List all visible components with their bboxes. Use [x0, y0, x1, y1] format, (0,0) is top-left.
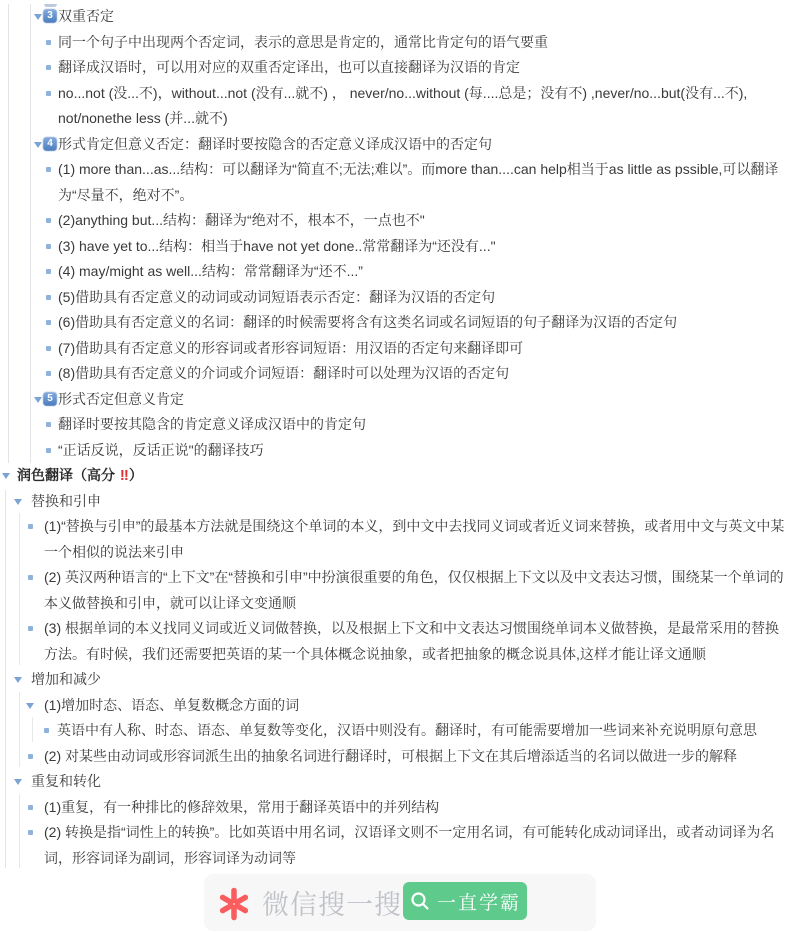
outline-row[interactable]: (6)借助具有否定意义的名词：翻译的时候需要将含有这类名词或名词短语的句子翻译为… [0, 310, 800, 336]
node-text[interactable]: (3) 根据单词的本义找同义词或近义词做替换，以及根据上下文和中文表达习惯围绕单… [44, 620, 779, 662]
title-text: ） [129, 467, 143, 483]
bullet-icon [28, 830, 33, 835]
outline-tree-bottom: 润色翻译（高分 !!） 替换和引申 (1)“替换与引申”的最基本方法就是围绕这个… [0, 463, 800, 871]
outline-row[interactable]: 重复和转化 [0, 769, 800, 795]
bullet-icon [46, 91, 51, 96]
wechat-search-watermark: 微信搜一搜 一直学霸 [204, 874, 596, 931]
outline-row[interactable]: (3) have yet to...结构：相当于have not yet don… [0, 234, 800, 260]
outline-row[interactable]: 同一个句子中出现两个否定词，表示的意思是肯定的，通常比肯定句的语气要重 [0, 30, 800, 56]
bullet-icon [46, 65, 51, 70]
outline-row[interactable]: no...not (没...不)，without...not (没有...就不)… [0, 81, 800, 132]
node-text[interactable]: 英语中有人称、时态、语态、单复数等变化，汉语中则没有。翻译时，有可能需要增加一些… [57, 722, 757, 738]
node-text[interactable]: (3) have yet to...结构：相当于have not yet don… [58, 238, 496, 254]
node-text[interactable]: (1)增加时态、语态、单复数概念方面的词 [44, 697, 299, 713]
collapse-toggle-icon[interactable] [34, 397, 42, 403]
outline-row[interactable]: (1)重复，有一种排比的修辞效果，常用于翻译英语中的并列结构 [0, 795, 800, 821]
node-text[interactable]: (1)重复，有一种排比的修辞效果，常用于翻译英语中的并列结构 [44, 799, 439, 815]
collapse-toggle-icon[interactable] [26, 703, 34, 709]
bullet-icon [46, 40, 51, 45]
outline-row[interactable]: 3 双重否定 [0, 4, 800, 30]
outline-row[interactable]: (8)借助具有否定意义的介词或介词短语：翻译时可以处理为汉语的否定句 [0, 361, 800, 387]
node-text[interactable]: “正话反说，反话正说"的翻译技巧 [58, 442, 264, 458]
node-text[interactable]: 增加和减少 [31, 671, 101, 687]
keycap-badge-icon: 3 [43, 9, 57, 23]
keycap-badge-icon: 4 [43, 137, 57, 151]
outline-row[interactable]: 替换和引申 [0, 489, 800, 515]
outline-row[interactable]: (3) 根据单词的本义找同义词或近义词做替换，以及根据上下文和中文表达习惯围绕单… [0, 616, 800, 667]
outline-row[interactable]: (2)anything but...结构：翻译为“绝对不，根本不，一点也不" [0, 208, 800, 234]
node-text[interactable]: (8)借助具有否定意义的介词或介词短语：翻译时可以处理为汉语的否定句 [58, 365, 509, 381]
outline-row[interactable]: 翻译成汉语时，可以用对应的双重否定译出，也可以直接翻译为汉语的肯定 [0, 55, 800, 81]
node-text[interactable]: (2)anything but...结构：翻译为“绝对不，根本不，一点也不" [58, 212, 425, 228]
node-text[interactable]: 翻译成汉语时，可以用对应的双重否定译出，也可以直接翻译为汉语的肯定 [58, 59, 520, 75]
bullet-icon [44, 728, 49, 733]
node-text[interactable]: (4) may/might as well...结构：常常翻译为“还不...” [58, 263, 363, 279]
bullet-icon [46, 167, 51, 172]
node-text[interactable]: 双重否定 [58, 8, 114, 24]
bullet-icon [46, 346, 51, 351]
collapse-toggle-icon[interactable] [14, 779, 22, 785]
node-text[interactable]: (6)借助具有否定意义的名词：翻译的时候需要将含有这类名词或名词短语的句子翻译为… [58, 314, 677, 330]
bullet-icon [46, 422, 51, 427]
outline-tree-top: 3 双重否定 同一个句子中出现两个否定词，表示的意思是肯定的，通常比肯定句的语气… [0, 4, 800, 463]
node-text[interactable]: (7)借助具有否定意义的形容词或者形容词短语：用汉语的否定句来翻译即可 [58, 340, 523, 356]
outline-row[interactable]: (7)借助具有否定意义的形容词或者形容词短语：用汉语的否定句来翻译即可 [0, 336, 800, 362]
node-text[interactable]: (5)借助具有否定意义的动词或动词短语表示否定：翻译为汉语的否定句 [58, 289, 495, 305]
outline-row[interactable]: (1)增加时态、语态、单复数概念方面的词 [0, 693, 800, 719]
bullet-icon [28, 626, 33, 631]
bullet-icon [28, 575, 33, 580]
node-text[interactable]: 替换和引申 [31, 493, 101, 509]
collapse-toggle-icon[interactable] [34, 14, 42, 20]
outline-row[interactable]: “正话反说，反话正说"的翻译技巧 [0, 438, 800, 464]
outline-row[interactable]: 英语中有人称、时态、语态、单复数等变化，汉语中则没有。翻译时，有可能需要增加一些… [0, 718, 800, 744]
node-text[interactable]: (2) 英汉两种语言的“上下文”在“替换和引申”中扮演很重要的角色，仅仅根据上下… [44, 569, 784, 611]
outline-row[interactable]: (2) 对某些由动词或形容词派生出的抽象名词进行翻译时，可根据上下文在其后增添适… [0, 744, 800, 770]
outline-row[interactable]: (1) more than...as...结构：可以翻译为“简直不;无法;难以”… [0, 157, 800, 208]
bullet-icon [46, 269, 51, 274]
bullet-icon [46, 295, 51, 300]
outline-row[interactable]: 5 形式否定但意义肯定 [0, 387, 800, 413]
bullet-icon [46, 244, 51, 249]
search-icon [409, 890, 431, 912]
collapse-toggle-icon[interactable] [14, 677, 22, 683]
bullet-icon [28, 805, 33, 810]
node-text[interactable]: (1)“替换与引申”的最基本方法就是围绕这个单词的本义，到中文中去找同义词或者近… [44, 518, 784, 560]
collapse-toggle-icon[interactable] [14, 499, 22, 505]
wechat-search-logo-icon [214, 882, 254, 924]
bullet-icon [46, 320, 51, 325]
node-text[interactable]: 同一个句子中出现两个否定词，表示的意思是肯定的，通常比肯定句的语气要重 [58, 34, 548, 50]
node-text[interactable]: (1) more than...as...结构：可以翻译为“简直不;无法;难以”… [58, 161, 778, 203]
bullet-icon [46, 218, 51, 223]
outline-row[interactable]: 4 形式肯定但意义否定：翻译时要按隐含的否定意义译成汉语中的否定句 [0, 132, 800, 158]
keycap-badge-icon: 5 [43, 392, 57, 406]
collapse-toggle-icon[interactable] [2, 473, 10, 479]
title-text: 润色翻译（高分 [17, 467, 119, 483]
outline-row[interactable]: (2) 转换是指“词性上的转换”。比如英语中用名词，汉语译文则不一定用名词，有可… [0, 820, 800, 871]
outline-row[interactable]: (2) 英汉两种语言的“上下文”在“替换和引申”中扮演很重要的角色，仅仅根据上下… [0, 565, 800, 616]
outline-row[interactable]: 翻译时要按其隐含的肯定意义译成汉语中的肯定句 [0, 412, 800, 438]
outline-row[interactable]: 润色翻译（高分 !!） [0, 463, 800, 489]
search-button-label: 一直学霸 [437, 888, 521, 915]
section-title[interactable]: 润色翻译（高分 !!） [17, 467, 143, 483]
collapse-toggle-icon[interactable] [34, 142, 42, 148]
double-exclamation-icon: !! [119, 467, 129, 484]
node-text[interactable]: 形式否定但意义肯定 [58, 391, 184, 407]
node-text[interactable]: 重复和转化 [31, 773, 101, 789]
bullet-icon [28, 754, 33, 759]
outline-document: 3 双重否定 同一个句子中出现两个否定词，表示的意思是肯定的，通常比肯定句的语气… [0, 0, 800, 871]
bullet-icon [46, 448, 51, 453]
bullet-icon [28, 524, 33, 529]
outline-row[interactable]: (1)“替换与引申”的最基本方法就是围绕这个单词的本义，到中文中去找同义词或者近… [0, 514, 800, 565]
outline-row[interactable]: (4) may/might as well...结构：常常翻译为“还不...” [0, 259, 800, 285]
wechat-search-brand-text: 微信搜一搜 [262, 883, 402, 922]
node-text[interactable]: (2) 转换是指“词性上的转换”。比如英语中用名词，汉语译文则不一定用名词，有可… [44, 824, 774, 866]
node-text[interactable]: 形式肯定但意义否定：翻译时要按隐含的否定意义译成汉语中的否定句 [58, 136, 492, 152]
outline-row[interactable]: 增加和减少 [0, 667, 800, 693]
outline-row[interactable]: (5)借助具有否定意义的动词或动词短语表示否定：翻译为汉语的否定句 [0, 285, 800, 311]
node-text[interactable]: (2) 对某些由动词或形容词派生出的抽象名词进行翻译时，可根据上下文在其后增添适… [44, 748, 737, 764]
node-text[interactable]: 翻译时要按其隐含的肯定意义译成汉语中的肯定句 [58, 416, 366, 432]
bullet-icon [46, 371, 51, 376]
node-text[interactable]: no...not (没...不)，without...not (没有...就不)… [58, 85, 747, 127]
search-button[interactable]: 一直学霸 [403, 882, 527, 920]
